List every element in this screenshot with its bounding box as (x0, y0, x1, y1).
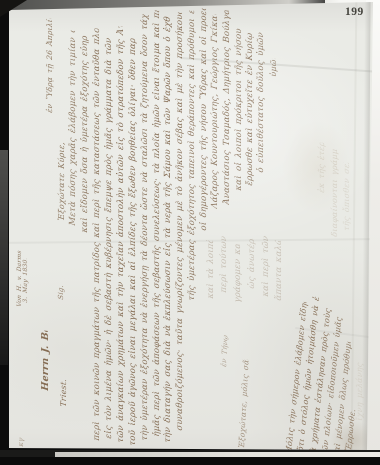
handwriting-line: ἐν Ὕδρᾳ τῇ 26 Ἀπριλίου 1827. (44, 18, 57, 114)
handwriting-line: ὁ εὐπειθέστατος δοῦλος ὑμῶν (256, 20, 270, 174)
scanned-letter-page: 199 ἐν Ὕδρᾳ τῇ 26 Ἀπριλίου 1827.Ἐξοχώτατ… (0, 0, 380, 465)
handwriting-line: καὶ περὶ τῶν ἄλλων (261, 232, 275, 298)
handwriting-line: ἐν Τήνῳ τῇ 26. (219, 330, 233, 368)
handwriting-line: τῆς ὄπισθεν σελίδος (341, 162, 354, 232)
handwriting-line: Triest. (58, 372, 71, 408)
handwriting-line: ἐκ τῆς ἑτέρας ὄψεως (316, 142, 329, 194)
handwriting-line: Ἐξοχώτατε, μόλις σᾶς γράφομεν τὰ ἀναγκαῖ… (236, 358, 253, 449)
page-number: 199 (345, 6, 371, 18)
handwriting-line: περὶ τούτων δὲ πλέον (219, 236, 233, 294)
handwriting-line: ἴχνη μελάνης (354, 330, 367, 422)
binding-edge-texture (0, 150, 8, 365)
handwriting-line: Sig. (56, 271, 68, 300)
handwriting-line: Herrn J. Bambas (40, 330, 55, 392)
handwriting-line: ὑμῶν (268, 58, 281, 78)
handwriting-line: καὶ τὰ λοιπὰ ὡς γράφομεν (206, 240, 220, 300)
letter-paper: 199 ἐν Ὕδρᾳ τῇ 26 Ἀπριλίου 1827.Ἐξοχώτατ… (0, 0, 380, 465)
handwriting-line: 3. May 1830. (20, 258, 31, 303)
handwriting-line: ὡς ἀνωτέρω εἴρηται (247, 238, 261, 290)
scan-border-bottom (0, 457, 380, 465)
handwriting-line: κγ (16, 426, 28, 447)
handwriting-line: ἅπαντα καλῶς ἔχει (274, 240, 288, 302)
handwriting-line: γράφομεν καὶ αὖθις (233, 244, 247, 304)
